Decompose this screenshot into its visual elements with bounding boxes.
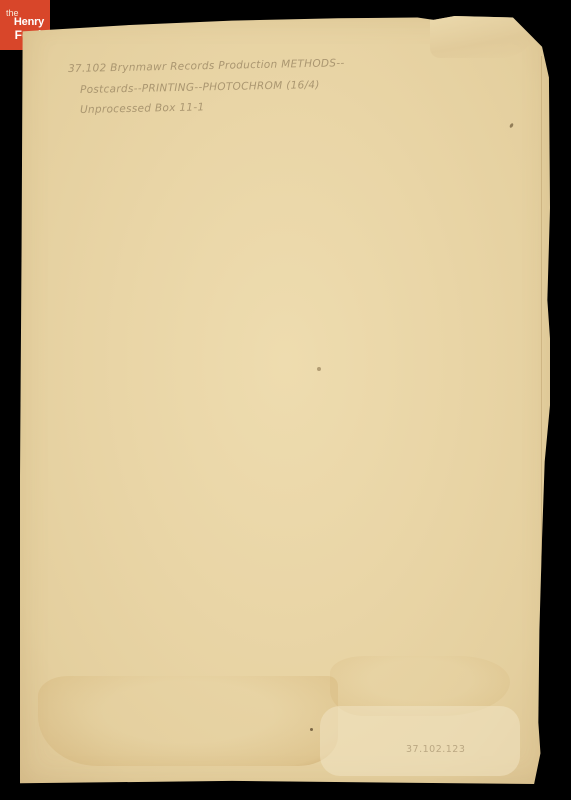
logo-text-henry: Henry (14, 17, 44, 28)
faded-patch (320, 706, 520, 776)
foxing-spot (509, 123, 514, 129)
edge-crease (541, 56, 550, 696)
accession-number: 37.102.123 (406, 744, 465, 755)
pencil-annotation-line-3: Unprocessed Box 11-1 (80, 101, 205, 116)
viewer-stage: the Henry Ford 37.102 Brynmawr Records P… (0, 0, 571, 800)
foxing-spot (317, 367, 321, 371)
pencil-annotation-line-2: Postcards--PRINTING--PHOTOCHROM (16/4) (80, 79, 320, 96)
document-paper: 37.102 Brynmawr Records Production METHO… (20, 16, 550, 784)
torn-corner (430, 16, 540, 58)
pencil-annotation-line-1: 37.102 Brynmawr Records Production METHO… (68, 57, 345, 75)
water-stain-left (38, 676, 338, 766)
foxing-spot (310, 728, 313, 731)
